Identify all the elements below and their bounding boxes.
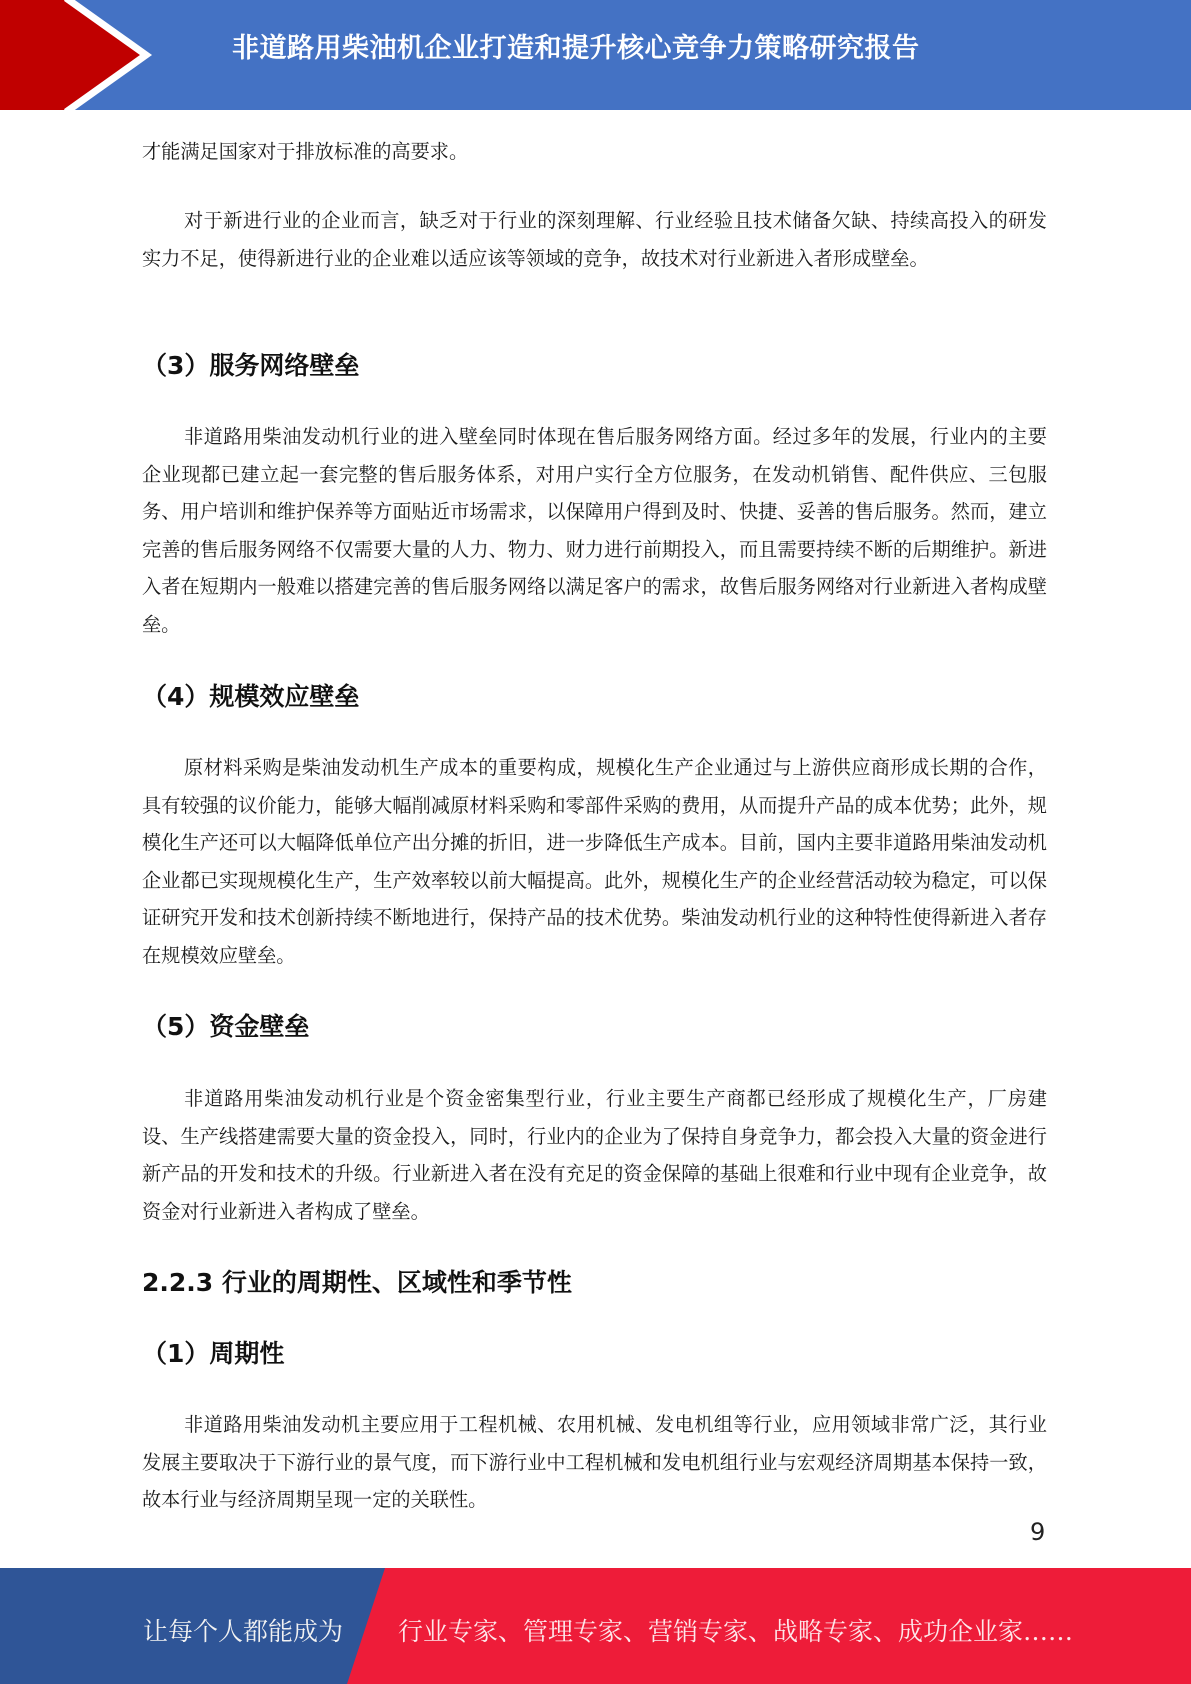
paragraph: 才能满足国家对于排放标准的高要求。 bbox=[142, 133, 1047, 171]
report-title: 非道路用柴油机企业打造和提升核心竞争力策略研究报告 bbox=[232, 26, 920, 65]
paragraph: 非道路用柴油发动机行业是个资金密集型行业，行业主要生产商都已经形成了规模化生产，… bbox=[142, 1080, 1047, 1230]
paragraph: 非道路用柴油发动机主要应用于工程机械、农用机械、发电机组等行业，应用领域非常广泛… bbox=[142, 1406, 1047, 1519]
paragraph: 非道路用柴油发动机行业的进入壁垒同时体现在售后服务网络方面。经过多年的发展，行业… bbox=[142, 418, 1047, 643]
page-number: 9 bbox=[1030, 1518, 1045, 1546]
paragraph: 对于新进行业的企业而言，缺乏对于行业的深刻理解、行业经验且技术储备欠缺、持续高投… bbox=[142, 202, 1047, 277]
subsection-heading: （3）服务网络壁垒 bbox=[142, 346, 359, 382]
report-header: 非道路用柴油机企业打造和提升核心竞争力策略研究报告 bbox=[0, 0, 1191, 110]
footer-slogan-right: 行业专家、管理专家、营销专家、战略专家、成功企业家…… bbox=[398, 1612, 1073, 1648]
subsection-heading: （1）周期性 bbox=[142, 1334, 284, 1370]
footer-slogan-left: 让每个人都能成为 bbox=[143, 1612, 343, 1648]
footer-banner: 让每个人都能成为 行业专家、管理专家、营销专家、战略专家、成功企业家…… bbox=[0, 1568, 1191, 1684]
subsection-heading: （4）规模效应壁垒 bbox=[142, 677, 359, 713]
subsection-heading: （5）资金壁垒 bbox=[142, 1007, 309, 1043]
paragraph: 原材料采购是柴油发动机生产成本的重要构成，规模化生产企业通过与上游供应商形成长期… bbox=[142, 749, 1047, 974]
chevron-arrow-icon bbox=[0, 0, 160, 110]
section-heading: 2.2.3 行业的周期性、区域性和季节性 bbox=[142, 1263, 572, 1299]
